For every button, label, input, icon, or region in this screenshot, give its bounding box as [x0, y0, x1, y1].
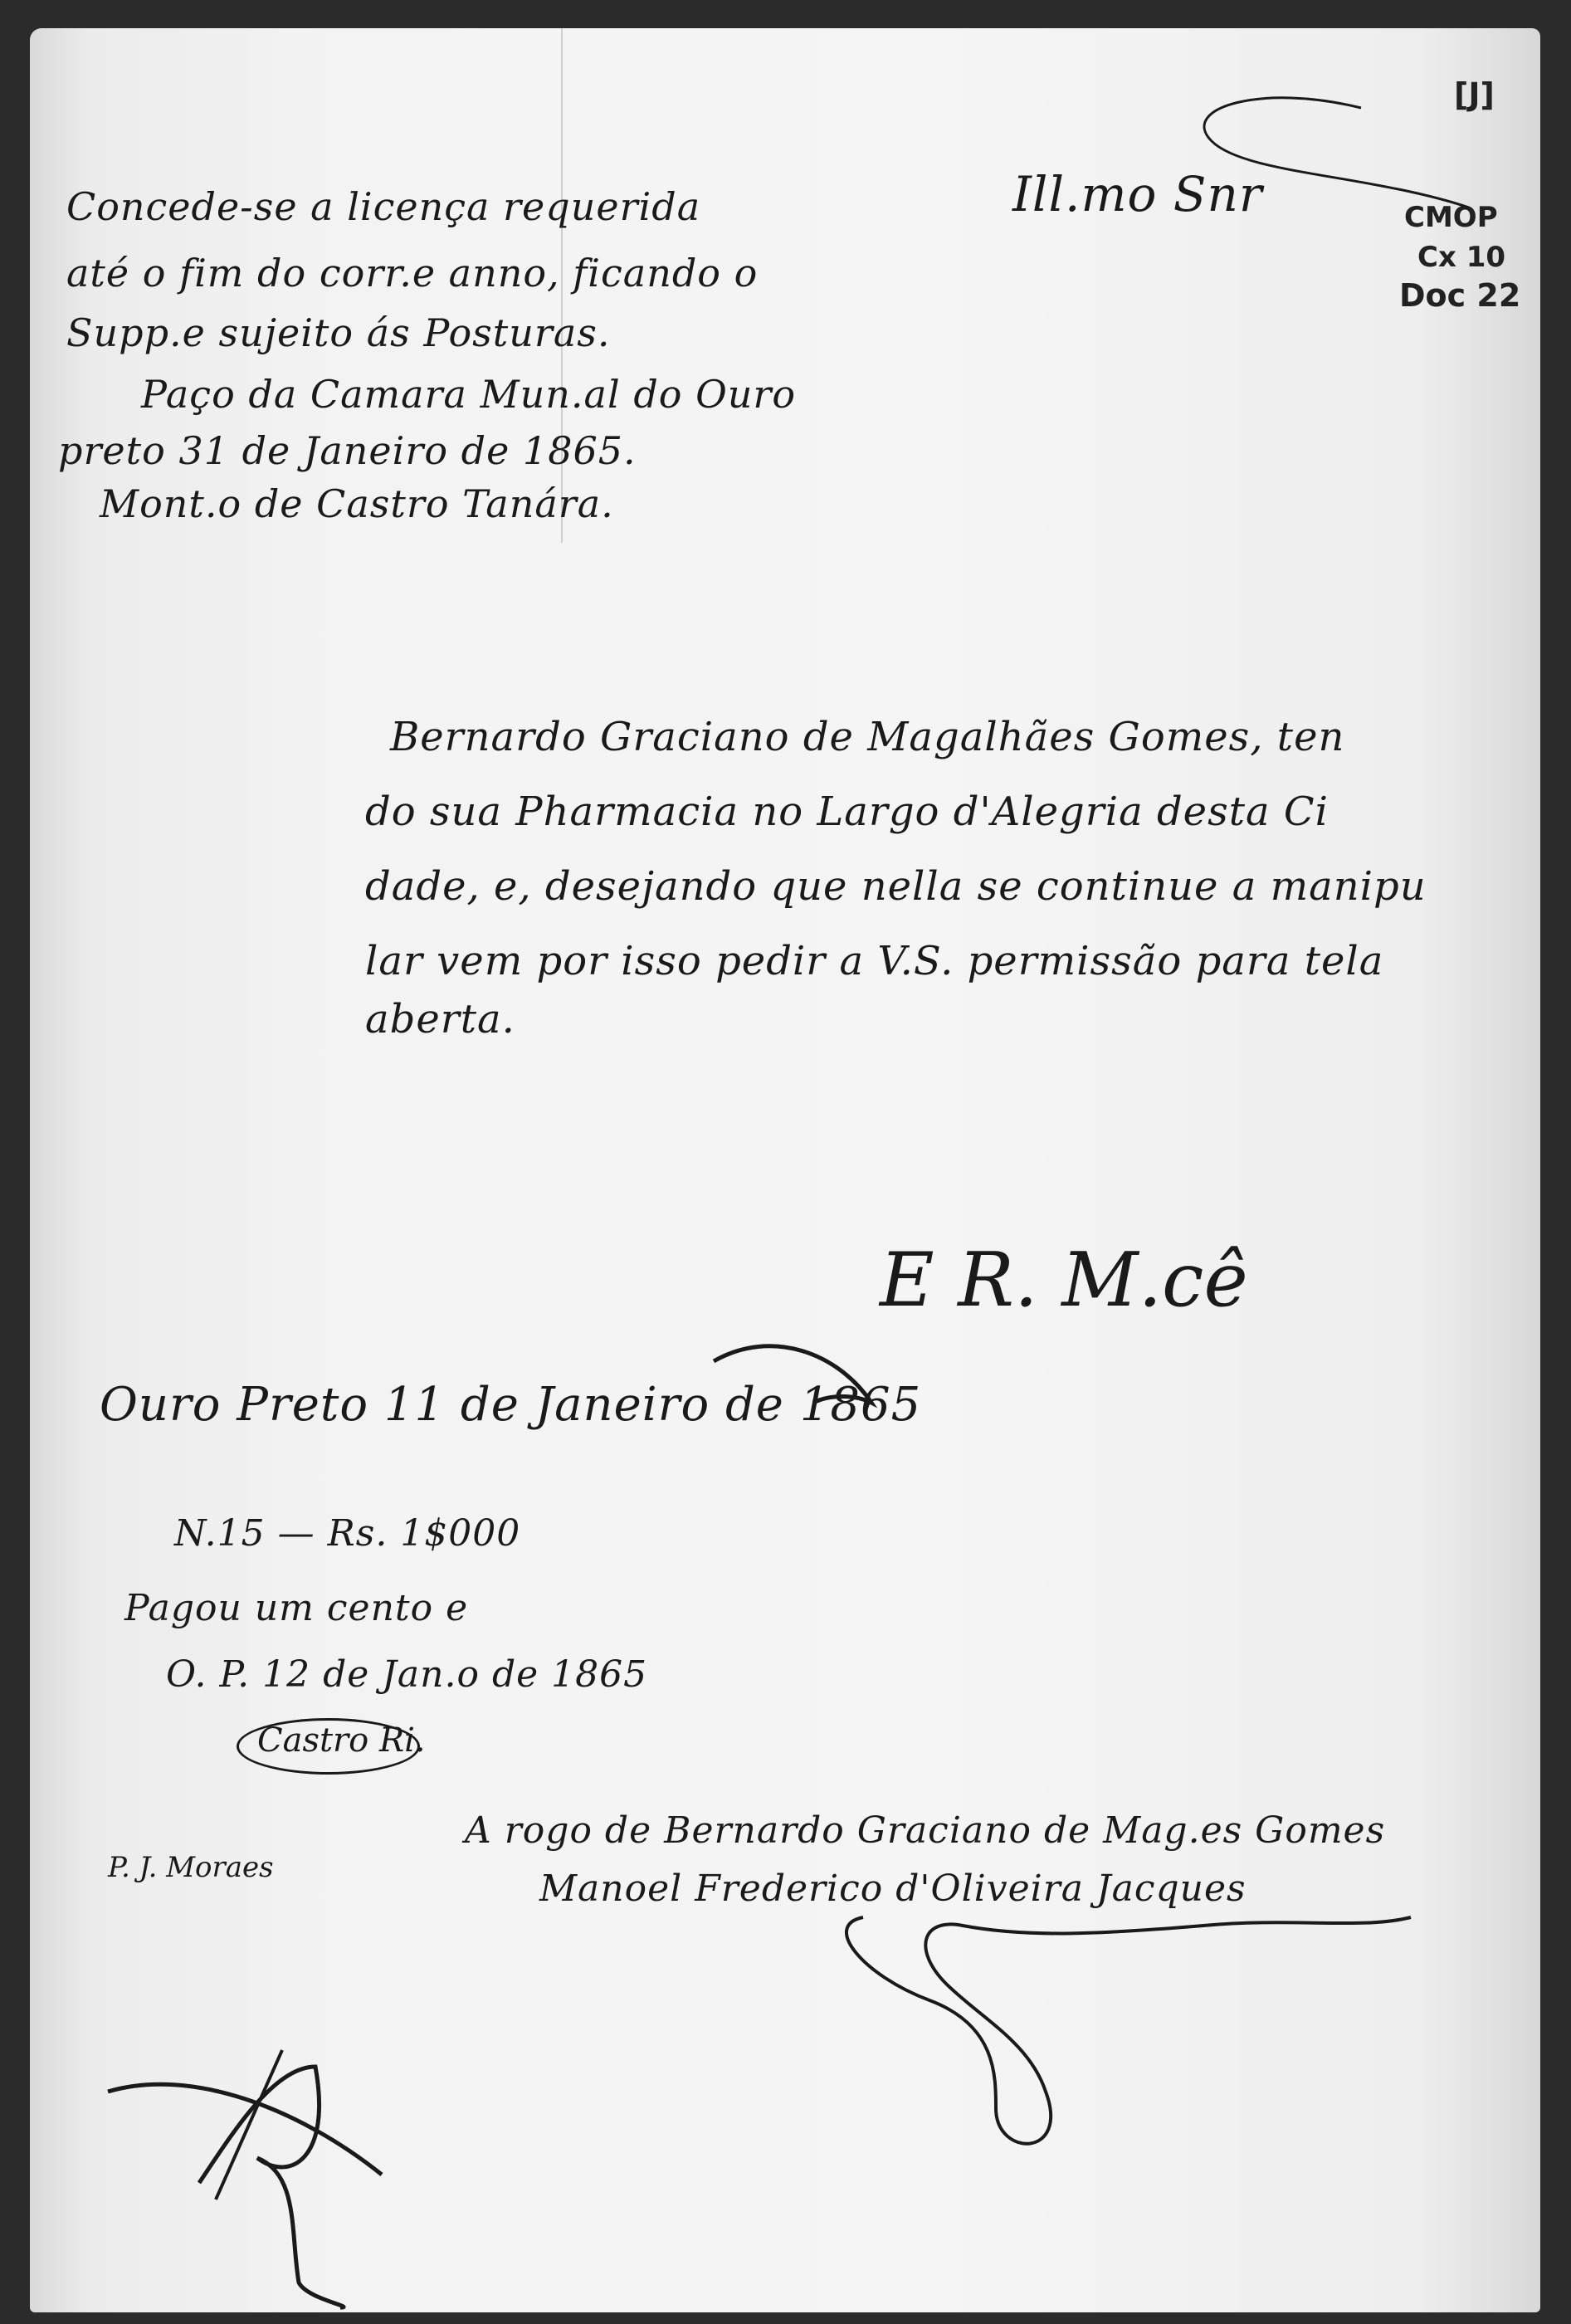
- dispatch-line-2: até o fim do corr.e anno, ficando o: [66, 251, 758, 295]
- archive-box: Cx 10: [1417, 241, 1505, 274]
- dispatch-line-1: Concede-se a licença requerida: [66, 184, 700, 229]
- salutation: Ill.mo Snr: [1012, 166, 1263, 222]
- rubric-mark: [91, 2033, 407, 2307]
- signature-flourish: [830, 1892, 1452, 2166]
- receipt-line-3: O. P. 12 de Jan.o de 1865: [166, 1653, 647, 1696]
- dispatch-line-4: Paço da Camara Mun.al do Ouro: [141, 372, 796, 417]
- receipt-signature: Castro Ri.: [257, 1721, 426, 1760]
- dispatch-signatures: Mont.o de Castro Tanára.: [100, 481, 614, 526]
- dispatch-line-3: Supp.e sujeito ás Posturas.: [66, 310, 611, 355]
- closing-formula: E R. M.cê: [880, 1237, 1248, 1324]
- petition-line-1: Bernardo Graciano de Magalhães Gomes, te…: [390, 714, 1344, 760]
- dispatch-line-5: preto 31 de Janeiro de 1865.: [58, 428, 637, 473]
- date-flourish: [697, 1336, 888, 1428]
- margin-note: P. J. Moraes: [108, 1851, 274, 1884]
- petition-line-3: dade, e, desejando que nella se continue…: [365, 863, 1427, 910]
- petition-line-2: do sua Pharmacia no Largo d'Alegria dest…: [365, 788, 1329, 835]
- petition-line-5: aberta.: [365, 996, 515, 1042]
- petition-line-4: lar vem por isso pedir a V.S. permissão …: [365, 938, 1383, 984]
- receipt-line-2: Pagou um cento e: [124, 1587, 468, 1629]
- archive-doc-number: Doc 22: [1399, 277, 1520, 314]
- attestation-line-1: A rogo de Bernardo Graciano de Mag.es Go…: [465, 1809, 1385, 1852]
- receipt-line-1: N.15 — Rs. 1$000: [174, 1512, 520, 1555]
